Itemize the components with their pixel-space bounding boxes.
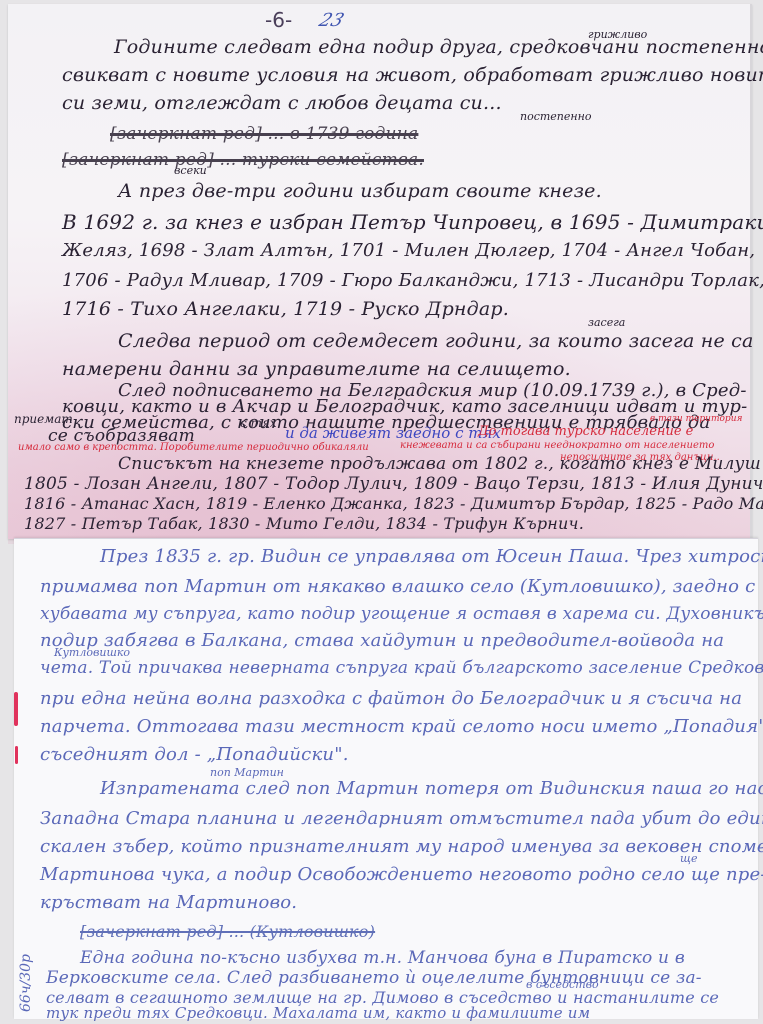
kneze-list-intro: Списъкът на кнезете продължава от 1802 г… bbox=[118, 454, 763, 474]
text-line: Желяз, 1698 - Злат Алтън, 1701 - Милен Д… bbox=[62, 240, 755, 261]
superscript-zasega: засега bbox=[588, 316, 625, 329]
kneze-list-line: 1816 - Атанас Хасн, 1819 - Еленко Джанка… bbox=[24, 494, 763, 513]
text-line: скален зъбер, който признателният му нар… bbox=[40, 836, 763, 857]
superscript-s-tyah: с тях bbox=[240, 416, 277, 430]
red-margin-mark bbox=[15, 746, 18, 764]
text-line: хубавата му съпруга, като подир угощение… bbox=[40, 604, 763, 624]
text-line: 1716 - Тихо Ангелаки, 1719 - Руско Дрнда… bbox=[62, 298, 509, 320]
text-line: примамва поп Мартин от някакво влашко се… bbox=[40, 576, 755, 597]
text-line: подир забягва в Балкана, става хайдутин … bbox=[40, 630, 724, 651]
text-line: Мартинова чука, а подир Освобождението н… bbox=[40, 864, 763, 885]
page-number: -6- bbox=[265, 8, 292, 32]
struck-line: [зачеркнат ред] ... в 1739 година bbox=[110, 124, 418, 144]
text-line: В 1692 г. за кнез е избран Петър Чипрове… bbox=[62, 210, 763, 234]
superscript-priemat: приемат bbox=[14, 412, 73, 426]
superscript-vseki: всеки bbox=[174, 164, 207, 177]
struck-line: [зачеркнат ред] ... (Кутловишко) bbox=[80, 922, 375, 941]
red-margin-mark bbox=[14, 692, 18, 726]
text-line: при една нейна волна разходка с файтон д… bbox=[40, 688, 742, 709]
text-line: А през две-три години избират своите кне… bbox=[118, 180, 602, 202]
red-note: До тогава турско население е bbox=[478, 424, 693, 439]
text-line: съседният дол - „Попадийски". bbox=[40, 744, 349, 765]
struck-superscript: постепенно bbox=[520, 110, 592, 123]
text-line: 1706 - Радул Мливар, 1709 - Гюро Балканд… bbox=[62, 270, 763, 291]
text-line: Една година по-късно избухва т.н. Манчов… bbox=[80, 948, 685, 968]
text-line: Изпратената след поп Мартин потеря от Ви… bbox=[100, 778, 763, 799]
text-line: През 1835 г. гр. Видин се управлява от Ю… bbox=[100, 546, 763, 567]
text-line: Годините следват една подир друга, средк… bbox=[114, 36, 763, 58]
text-line: свикват с новите условия на живот, обраб… bbox=[62, 64, 763, 86]
text-line: намерени данни за управителите на селище… bbox=[62, 358, 571, 380]
kneze-list-line: 1827 - Петър Табак, 1830 - Мито Гелди, 1… bbox=[24, 514, 584, 533]
kneze-list-line: 1805 - Лозан Ангели, 1807 - Тодор Лулич,… bbox=[24, 474, 763, 494]
red-note: кнежевата и са събирани нееднократно от … bbox=[400, 440, 714, 451]
struck-line: [зачеркнат ред] ... турски семейства. bbox=[62, 150, 424, 170]
margin-note: 66ч/30р bbox=[18, 954, 34, 1012]
text-line: си земи, отглеждат с любов децата си... bbox=[62, 92, 502, 114]
text-line: Западна Стара планина и легендарният отм… bbox=[40, 808, 763, 829]
text-line: тук преди тях Средковци. Махалата им, ка… bbox=[46, 1004, 590, 1022]
text-line: кръстват на Мартиново. bbox=[40, 892, 297, 913]
text-line: Берковските села. След разбиването ѝ оце… bbox=[46, 968, 702, 988]
text-line: Следва период от седемдесет години, за к… bbox=[118, 330, 754, 352]
red-note: в тази територия bbox=[650, 414, 742, 424]
red-note: имало само в крепостта. Поробителите пер… bbox=[18, 442, 369, 453]
text-line: парчета. Оттогава тази местност край сел… bbox=[40, 716, 763, 737]
text-line: чета. Той причаква неверната съпруга кра… bbox=[40, 658, 763, 678]
scanned-document-page: -6- 23 грижливо Годините следват една по… bbox=[0, 0, 763, 1024]
